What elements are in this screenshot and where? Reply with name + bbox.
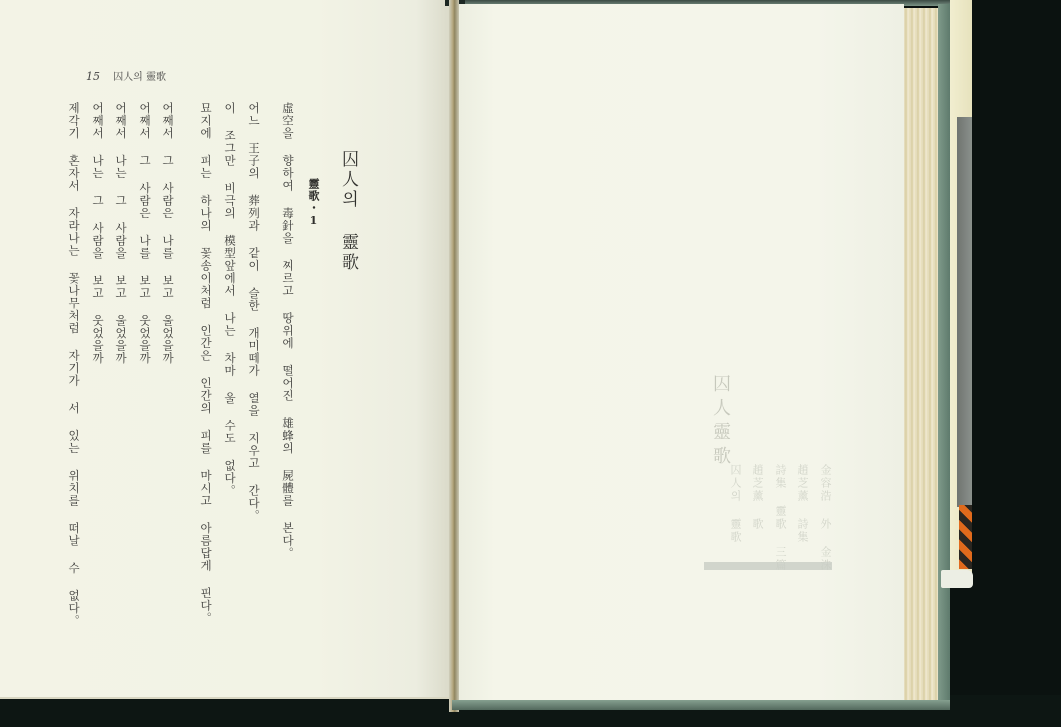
running-head: 15 囚人의 靈歌 <box>86 68 166 83</box>
cover-bottom-edge <box>452 700 950 710</box>
poem-subtitle: 靈歌・1 <box>305 178 321 228</box>
right-page: 囚人靈歌 金容浩 外 金洙 趙芝薰 詩集 詩集 靈歌 三篇 趙芝薰 歌 囚人의 … <box>459 4 904 702</box>
page-stack-edges <box>904 8 940 700</box>
bleed-through-heading: 囚人靈歌 <box>707 374 733 470</box>
left-page: 15 囚人의 靈歌 囚人의 靈歌 靈歌・1 虛空을 향하여 毒針을 찌르고 땅위… <box>0 0 452 699</box>
bleed-through-line: 詩集 靈歌 三篇 <box>772 464 788 572</box>
spine-pattern <box>959 505 972 569</box>
book-scan: 15 囚人의 靈歌 囚人의 靈歌 靈歌・1 虛空을 향하여 毒針을 찌르고 땅위… <box>0 0 1061 727</box>
book-gutter <box>449 0 459 712</box>
bleed-through-line: 趙芝薰 歌 <box>749 464 765 531</box>
poem-title: 囚人의 靈歌 <box>336 150 361 273</box>
running-head-title: 囚人의 靈歌 <box>113 72 166 83</box>
poem-line: 어느 王子의 葬列과 같이 슬한 개미떼가 열을 지우고 간다。 <box>246 102 262 522</box>
bleed-through-line: 囚人의 靈歌 <box>727 464 743 544</box>
bleed-through-rule <box>704 562 832 570</box>
cover-right-edge <box>938 4 950 710</box>
poem-line: 제각기 혼자서 자라나는 꽃나무처럼 자기가 서 있는 위치를 떠날 수 없다。 <box>66 102 82 627</box>
poem-line: 어째서 그 사람은 나를 보고 울었을까 <box>160 102 176 365</box>
poem-line: 이 조그만 비극의 模型앞에서 나는 차마 울 수도 없다。 <box>222 102 238 497</box>
page-number: 15 <box>86 70 100 83</box>
poem-line: 어째서 나는 그 사람을 보고 웃었을까 <box>90 102 106 365</box>
poem-line: 虛空을 향하여 毒針을 찌르고 땅위에 떨어진 雄蜂의 屍體를 본다。 <box>280 102 296 560</box>
torn-paper <box>941 570 973 588</box>
poem-line: 어째서 그 사람은 나를 보고 웃었을까 <box>137 102 153 365</box>
poem-line: 묘지에 피는 하나의 꽃송이처럼 인간은 인간의 피를 마시고 아름답게 핀다。 <box>198 102 214 625</box>
bleed-through-line: 趙芝薰 詩集 <box>794 464 810 544</box>
bleed-through-line: 金容浩 外 金洙 <box>817 464 833 572</box>
poem-line: 어째서 나는 그 사람을 보고 울었을까 <box>113 102 129 365</box>
spine-label <box>957 117 972 507</box>
